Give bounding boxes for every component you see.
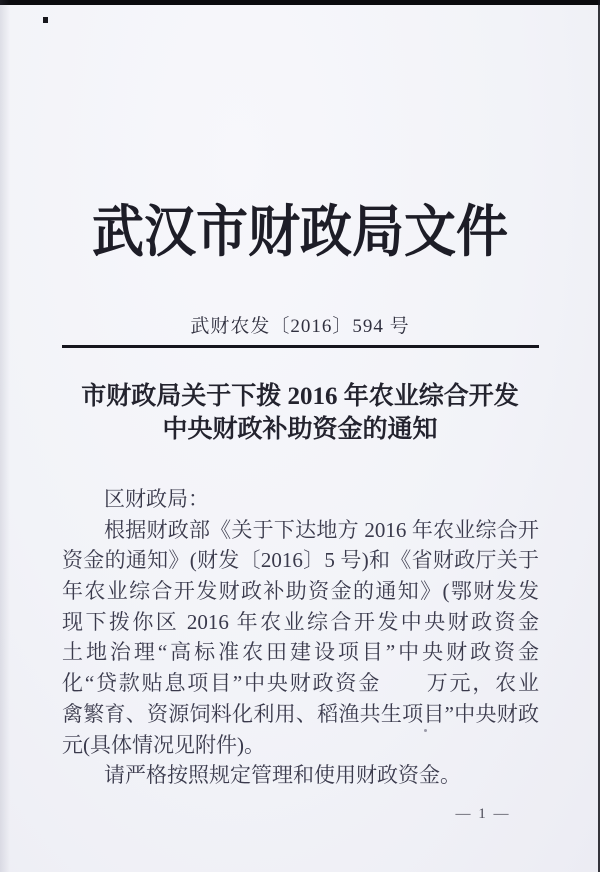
body-line: 资金的通知》(财发〔2016〕5 号)和《省财政厅关于下达 2016 bbox=[62, 545, 539, 576]
notice-title-line-1: 市财政局关于下拨 2016 年农业综合开发 bbox=[40, 380, 560, 413]
scan-corner-mark bbox=[43, 17, 48, 23]
scan-top-edge-artifact bbox=[0, 0, 600, 5]
salutation-line: 区财政局： bbox=[62, 484, 539, 515]
issuing-agency-header: 武汉市财政局文件 bbox=[0, 186, 600, 267]
body-line: 化“贷款贴息项目”中央财政资金 万元，农业部“园艺与畜 bbox=[62, 668, 539, 699]
body-line: 元(具体情况见附件)。 bbox=[62, 730, 539, 761]
body-line: 土地治理“高标准农田建设项目”中央财政资金 万元，产业 bbox=[62, 637, 539, 668]
body-line: 年农业综合开发财政补助资金的通知》(鄂财发发〔2016〕8 号)， bbox=[62, 576, 539, 607]
body-line: 根据财政部《关于下达地方 2016 年农业综合开发财政补助 bbox=[62, 515, 539, 546]
document-reference-number: 武财农发〔2016〕594 号 bbox=[0, 311, 600, 338]
notice-title: 市财政局关于下拨 2016 年农业综合开发 中央财政补助资金的通知 bbox=[40, 380, 560, 446]
notice-title-line-2: 中央财政补助资金的通知 bbox=[40, 413, 560, 446]
body-line: 禽繁育、资源饲料化利用、稻渔共生项目”中央财政资金 万 bbox=[62, 699, 539, 730]
body-line: 现下拨你区 2016 年农业综合开发中央财政资金 万元，其中 bbox=[62, 607, 539, 638]
closing-instruction-line: 请严格按照规定管理和使用财政资金。 bbox=[62, 760, 539, 791]
header-separator-rule bbox=[62, 345, 539, 348]
scan-left-shadow bbox=[0, 0, 10, 872]
scanned-document-page: 武汉市财政局文件 武财农发〔2016〕594 号 市财政局关于下拨 2016 年… bbox=[0, 0, 600, 872]
page-number: — 1 — bbox=[418, 806, 548, 823]
document-body: 区财政局： 根据财政部《关于下达地方 2016 年农业综合开发财政补助 资金的通… bbox=[62, 484, 539, 791]
